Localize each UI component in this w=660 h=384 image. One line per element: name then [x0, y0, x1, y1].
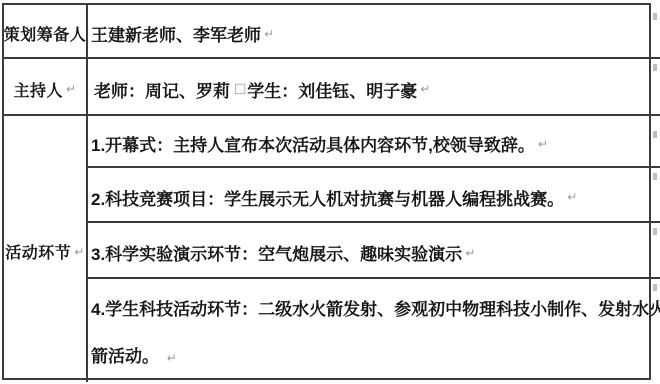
- activity-plan-table: 策划筹备人 王建新老师、李军老师 ↵ 主持人 ↵ 老师：周记、罗莉 □ 学生：刘…: [2, 3, 651, 380]
- activity-item-4-line2: 箭活动。: [91, 347, 159, 366]
- paragraph-return-icon: ↵: [567, 190, 577, 204]
- activities-label: 活动环节: [5, 240, 71, 263]
- planner-label: 策划筹备人: [4, 22, 87, 45]
- activity-item-2: 2.科技竞赛项目：学生展示无人机对抗赛与机器人编程挑战赛。: [91, 185, 564, 210]
- row-end-mark: [653, 64, 657, 71]
- planner-value: 王建新老师、李军老师: [91, 21, 261, 46]
- row-end-mark: [653, 13, 657, 20]
- host-label-cell: 主持人 ↵: [4, 59, 88, 116]
- host-value-cell: 老师：周记、罗莉 □ 学生：刘佳钰、明子豪 ↵: [88, 59, 660, 116]
- activity-item-1: 1.开幕式：主持人宣布本次活动具体内容环节,校领导致辞。: [91, 131, 535, 156]
- planner-value-cell: 王建新老师、李军老师 ↵: [88, 5, 660, 59]
- host-students: 学生：刘佳钰、明子豪: [247, 77, 417, 102]
- host-label: 主持人: [13, 78, 63, 101]
- paragraph-return-icon: ↵: [74, 245, 85, 259]
- paragraph-return-icon: ↵: [66, 82, 77, 96]
- activity-item-3-cell: 3.科学实验演示环节：空气炮展示、趣味实验演示 ↵: [88, 223, 660, 279]
- row-end-mark: [653, 284, 657, 291]
- paragraph-return-icon: ↵: [167, 351, 177, 365]
- row-end-mark: [653, 173, 657, 180]
- activity-item-2-cell: 2.科技竞赛项目：学生展示无人机对抗赛与机器人编程挑战赛。 ↵: [88, 168, 660, 223]
- planner-label-cell: 策划筹备人: [4, 5, 88, 59]
- paragraph-return-icon: ↵: [420, 82, 430, 96]
- missing-glyph-box-icon: □: [235, 79, 245, 99]
- host-teachers: 老师：周记、罗莉: [94, 77, 230, 102]
- activity-item-1-cell: 1.开幕式：主持人宣布本次活动具体内容环节,校领导致辞。 ↵: [88, 116, 660, 168]
- document-page: 策划筹备人 王建新老师、李军老师 ↵ 主持人 ↵ 老师：周记、罗莉 □ 学生：刘…: [0, 0, 660, 384]
- paragraph-return-icon: ↵: [465, 246, 475, 260]
- row-end-mark: [653, 228, 657, 235]
- paragraph-return-icon: ↵: [264, 27, 274, 41]
- activity-item-3: 3.科学实验演示环节：空气炮展示、趣味实验演示: [91, 240, 462, 265]
- row-end-mark: [653, 131, 657, 138]
- paragraph-return-icon: ↵: [538, 137, 548, 151]
- activity-item-4-cell: 4.学生科技活动环节：二级水火箭发射、参观初中物理科技小制作、发射水火 箭活动。…: [88, 279, 660, 382]
- activity-item-4-line2-row: 箭活动。 ↵: [91, 333, 660, 382]
- activity-item-4-line1: 4.学生科技活动环节：二级水火箭发射、参观初中物理科技小制作、发射水火: [91, 286, 660, 333]
- activities-label-cell: 活动环节 ↵: [4, 116, 88, 382]
